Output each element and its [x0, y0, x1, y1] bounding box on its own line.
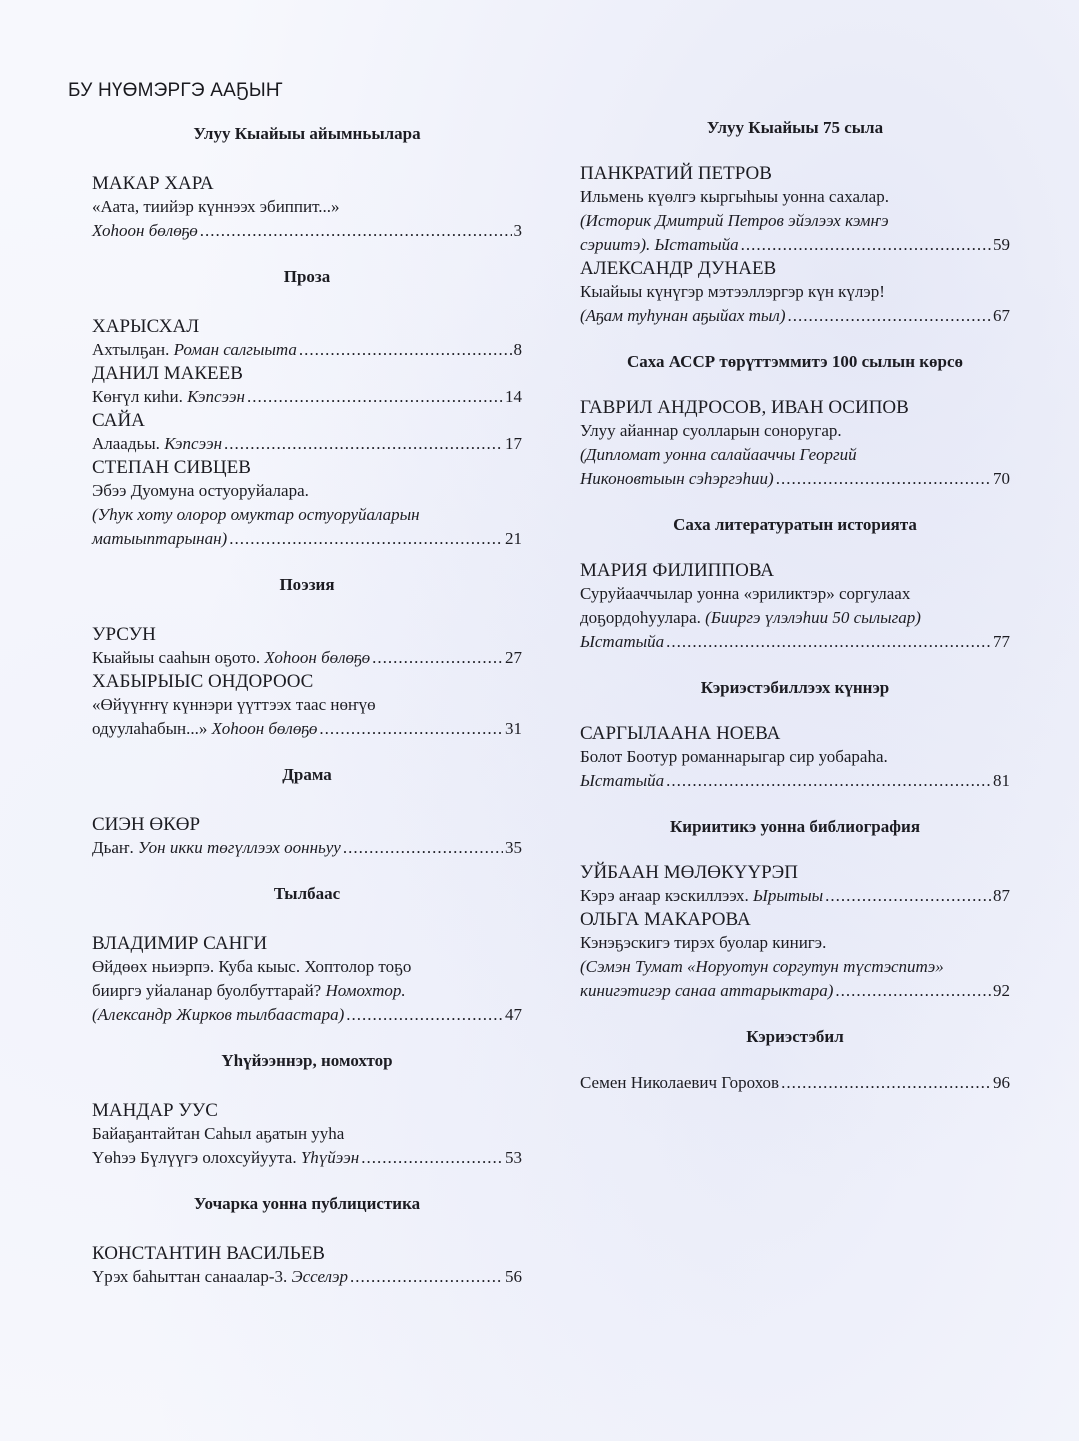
entry-line: Ильмень күөлгэ кыргыһыы уонна сахалар.	[580, 185, 1010, 209]
author-name: СИЭН ӨКӨР	[92, 813, 522, 836]
toc-entry[interactable]: ВЛАДИМИР САНГИӨйдөөх ньиэрпэ. Куба кыыс.…	[92, 932, 522, 1027]
entry-genre: Роман салгыыта	[174, 340, 297, 359]
entry-title: одуулаһабын...» Хоһоон бөлөҕө	[92, 717, 317, 741]
toc-section: Саха литературатын историятаМАРИЯ ФИЛИПП…	[580, 515, 1010, 654]
entry-title: Ахтылҕан. Роман салгыыта	[92, 338, 297, 362]
entry-line: Эбээ Дуомуна остуоруйалара.	[92, 479, 522, 503]
toc-section: ПоэзияУРСУНКыайыы сааһын оҕото. Хоһоон б…	[92, 575, 522, 741]
entry-title-line: Кэрэ аҥаар кэскиллээх. Ырытыы87	[580, 884, 1010, 908]
author-name: УЙБААН МӨЛӨКҮҮРЭП	[580, 861, 1010, 884]
toc-section: Кэриэстэбиллээх күннэрСАРГЫЛААНА НОЕВАБо…	[580, 678, 1010, 793]
entry-title: Ыстатыйа	[580, 769, 664, 793]
entry-text: одуулаһабын...»	[92, 719, 212, 738]
entry-title-line: Ыстатыйа77	[580, 630, 1010, 654]
toc-section: Үһүйээннэр, номохторМАНДАР УУСБайаҕантай…	[92, 1051, 522, 1170]
entry-line: (Дипломат уонна салайааччы Георгий	[580, 443, 1010, 467]
toc-entry[interactable]: ХАБЫРЫЫС ОНДОРООС«Өйүүҥҥү күннэри үүттээ…	[92, 670, 522, 741]
entry-text: Байаҕантайтан Саһыл аҕатын ууһа	[92, 1124, 344, 1143]
page-number: 96	[993, 1071, 1010, 1095]
entry-text: Үөһээ Бүлүүгэ олохсуйуута.	[92, 1148, 301, 1167]
entry-genre: Эсселэр	[291, 1267, 348, 1286]
entry-title: Көҥүл киһи. Кэпсээн	[92, 385, 245, 409]
entry-genre: Үһүйээн	[301, 1148, 359, 1167]
dot-leader	[343, 836, 503, 860]
page-number: 70	[993, 467, 1010, 491]
entry-title: Үрэх баһыттан санаалар-3. Эсселэр	[92, 1265, 348, 1289]
author-name: КОНСТАНТИН ВАСИЛЬЕВ	[92, 1242, 522, 1265]
entry-title-line: Үөһээ Бүлүүгэ олохсуйуута. Үһүйээн53	[92, 1146, 522, 1170]
entry-line: Кэнэҕэскигэ тирэх буолар кинигэ.	[580, 931, 1010, 955]
toc-entry[interactable]: СИЭН ӨКӨРДьаҥ. Уон икки төгүллээх оонньу…	[92, 813, 522, 860]
entry-title-line: матыыптарынан)21	[92, 527, 522, 551]
entry-text: «Аата, тиийэр күннээх эбиппит...»	[92, 197, 339, 216]
entry-title: (Аҕам туһунан аҕыйах тыл)	[580, 304, 786, 328]
entry-line: «Өйүүҥҥү күннэри үүттээх таас нөҥүө	[92, 693, 522, 717]
dot-leader	[825, 884, 991, 908]
entry-genre: (Бииргэ үлэлэһии 50 сылыгар)	[705, 608, 921, 627]
page-number: 81	[993, 769, 1010, 793]
toc-section: Улуу Кыайыы 75 сылаПАНКРАТИЙ ПЕТРОВИльме…	[580, 118, 1010, 328]
dot-leader	[299, 338, 512, 362]
entry-genre: (Сэмэн Тумат «Норуотун соргутун түстэспи…	[580, 957, 944, 976]
entry-genre: Ыстатыйа	[580, 771, 664, 790]
toc-entry[interactable]: МАРИЯ ФИЛИППОВАСуруйааччылар уонна «эрил…	[580, 559, 1010, 654]
section-heading: Тылбаас	[92, 884, 522, 904]
dot-leader	[200, 219, 512, 243]
section-heading: Саха АССР төрүттэммитэ 100 сылын көрсө	[580, 352, 1010, 372]
entry-title-line: (Аҕам туһунан аҕыйах тыл)67	[580, 304, 1010, 328]
entry-text: Семен Николаевич Горохов	[580, 1073, 779, 1092]
entry-genre: (Уһук хоту олорор омуктар остуоруйаларын	[92, 505, 420, 524]
entry-genre: (Дипломат уонна салайааччы Георгий	[580, 445, 857, 464]
toc-left-column: Улуу Кыайыы айымньылараМАКАР ХАРА«Аата, …	[92, 124, 522, 1313]
toc-section: ДрамаСИЭН ӨКӨРДьаҥ. Уон икки төгүллээх о…	[92, 765, 522, 860]
dot-leader	[781, 1071, 991, 1095]
entry-text: Алаадьы.	[92, 434, 164, 453]
dot-leader	[741, 233, 991, 257]
entry-text: Көҥүл киһи.	[92, 387, 187, 406]
entry-genre: Хоһоон бөлөҕө	[264, 648, 370, 667]
entry-text: Үрэх баһыттан санаалар-3.	[92, 1267, 291, 1286]
page-number: 92	[993, 979, 1010, 1003]
toc-section: ПрозаХАРЫСХАЛАхтылҕан. Роман салгыыта8ДА…	[92, 267, 522, 551]
dot-leader	[247, 385, 503, 409]
entry-line: Кыайыы күнүгэр мэтээллэргэр күн күлэр!	[580, 280, 1010, 304]
entry-title: Үөһээ Бүлүүгэ олохсуйуута. Үһүйээн	[92, 1146, 359, 1170]
entry-genre: (Аҕам туһунан аҕыйах тыл)	[580, 306, 786, 325]
toc-entry[interactable]: УРСУНКыайыы сааһын оҕото. Хоһоон бөлөҕө2…	[92, 623, 522, 670]
entry-title-line: кинигэтигэр санаа аттарыктара)92	[580, 979, 1010, 1003]
entry-text: Өйдөөх ньиэрпэ. Куба кыыс. Хоптолор тоҕо	[92, 957, 411, 976]
toc-entry[interactable]: САЙААлаадьы. Кэпсээн17	[92, 409, 522, 456]
entry-title: Кэрэ аҥаар кэскиллээх. Ырытыы	[580, 884, 823, 908]
toc-entry[interactable]: Семен Николаевич Горохов 96	[580, 1071, 1010, 1095]
page-number: 53	[505, 1146, 522, 1170]
entry-genre: Ыстатыйа	[580, 632, 664, 651]
entry-title-line: Хоһоон бөлөҕө3	[92, 219, 522, 243]
section-heading: Кэриэстэбил	[580, 1027, 1010, 1047]
entry-title-line: одуулаһабын...» Хоһоон бөлөҕө31	[92, 717, 522, 741]
author-name: ОЛЬГА МАКАРОВА	[580, 908, 1010, 931]
entry-title: Хоһоон бөлөҕө	[92, 219, 198, 243]
toc-entry[interactable]: УЙБААН МӨЛӨКҮҮРЭПКэрэ аҥаар кэскиллээх. …	[580, 861, 1010, 908]
entry-title-line: Дьаҥ. Уон икки төгүллээх оонньуу35	[92, 836, 522, 860]
entry-text: Суруйааччылар уонна «эриликтэр» соргулаа…	[580, 584, 910, 603]
entry-title-line: Никоновтыын сэһэргэһии)70	[580, 467, 1010, 491]
page-number: 59	[993, 233, 1010, 257]
entry-line: бииргэ уйаланар буолбуттарай? Номохтор.	[92, 979, 522, 1003]
page-number: 3	[514, 219, 523, 243]
dot-leader	[346, 1003, 503, 1027]
page-number: 67	[993, 304, 1010, 328]
toc-entry[interactable]: АЛЕКСАНДР ДУНАЕВКыайыы күнүгэр мэтээллэр…	[580, 257, 1010, 328]
entry-title: Дьаҥ. Уон икки төгүллээх оонньуу	[92, 836, 341, 860]
page-number: 17	[505, 432, 522, 456]
entry-title: Семен Николаевич Горохов	[580, 1071, 779, 1095]
author-name: ХАБЫРЫЫС ОНДОРООС	[92, 670, 522, 693]
entry-genre: Уон икки төгүллээх оонньуу	[138, 838, 341, 857]
entry-title: матыыптарынан)	[92, 527, 227, 551]
page-number: 47	[505, 1003, 522, 1027]
entry-genre: матыыптарынан)	[92, 529, 227, 548]
author-name: УРСУН	[92, 623, 522, 646]
toc-section: Уочарка уонна публицистикаКОНСТАНТИН ВАС…	[92, 1194, 522, 1289]
entry-genre: (Александр Жирков тылбаастара)	[92, 1005, 344, 1024]
author-name: МАКАР ХАРА	[92, 172, 522, 195]
entry-title: Алаадьы. Кэпсээн	[92, 432, 222, 456]
author-name: САРГЫЛААНА НОЕВА	[580, 722, 1010, 745]
page-number: 14	[505, 385, 522, 409]
toc-entry[interactable]: МАНДАР УУСБайаҕантайтан Саһыл аҕатын ууһ…	[92, 1099, 522, 1170]
entry-title-line: сэриитэ). Ыстатыйа59	[580, 233, 1010, 257]
toc-section: ТылбаасВЛАДИМИР САНГИӨйдөөх ньиэрпэ. Куб…	[92, 884, 522, 1027]
section-heading: Кириитикэ уонна библиография	[580, 817, 1010, 837]
entry-title-line: Алаадьы. Кэпсээн17	[92, 432, 522, 456]
section-heading: Поэзия	[92, 575, 522, 595]
entry-genre: Хоһоон бөлөҕө	[92, 221, 198, 240]
author-name: МАНДАР УУС	[92, 1099, 522, 1122]
entry-genre: кинигэтигэр санаа аттарыктара)	[580, 981, 833, 1000]
toc-right-column: Улуу Кыайыы 75 сылаПАНКРАТИЙ ПЕТРОВИльме…	[580, 118, 1010, 1119]
entry-title-line: Үрэх баһыттан санаалар-3. Эсселэр56	[92, 1265, 522, 1289]
section-heading: Саха литературатын историята	[580, 515, 1010, 535]
entry-text: Эбээ Дуомуна остуоруйалара.	[92, 481, 309, 500]
entry-text: Дьаҥ.	[92, 838, 138, 857]
dot-leader	[776, 467, 991, 491]
page-number: 56	[505, 1265, 522, 1289]
entry-title: Кыайыы сааһын оҕото. Хоһоон бөлөҕө	[92, 646, 370, 670]
author-name: САЙА	[92, 409, 522, 432]
author-name: СТЕПАН СИВЦЕВ	[92, 456, 522, 479]
entry-line: Байаҕантайтан Саһыл аҕатын ууһа	[92, 1122, 522, 1146]
entry-text: Ильмень күөлгэ кыргыһыы уонна сахалар.	[580, 187, 889, 206]
author-name: ДАНИЛ МАКЕЕВ	[92, 362, 522, 385]
entry-line: (Сэмэн Тумат «Норуотун соргутун түстэспи…	[580, 955, 1010, 979]
dot-leader	[229, 527, 503, 551]
entry-title: Никоновтыын сэһэргэһии)	[580, 467, 774, 491]
entry-text: Ахтылҕан.	[92, 340, 174, 359]
entry-line: Улуу айаннар суолларын соноругар.	[580, 419, 1010, 443]
toc-entry[interactable]: ДАНИЛ МАКЕЕВКөҥүл киһи. Кэпсээн14	[92, 362, 522, 409]
entry-line: Өйдөөх ньиэрпэ. Куба кыыс. Хоптолор тоҕо	[92, 955, 522, 979]
section-heading: Улуу Кыайыы айымньылара	[92, 124, 522, 144]
dot-leader	[319, 717, 503, 741]
author-name: ВЛАДИМИР САНГИ	[92, 932, 522, 955]
entry-text: доҕордоһуулара.	[580, 608, 705, 627]
entry-text: «Өйүүҥҥү күннэри үүттээх таас нөҥүө	[92, 695, 376, 714]
toc-entry[interactable]: МАКАР ХАРА«Аата, тиийэр күннээх эбиппит.…	[92, 172, 522, 243]
dot-leader	[361, 1146, 503, 1170]
entry-title-line: Көҥүл киһи. Кэпсээн14	[92, 385, 522, 409]
entry-title: сэриитэ). Ыстатыйа	[580, 233, 739, 257]
author-name: ПАНКРАТИЙ ПЕТРОВ	[580, 162, 1010, 185]
author-name: МАРИЯ ФИЛИППОВА	[580, 559, 1010, 582]
toc-entry[interactable]: САРГЫЛААНА НОЕВАБолот Боотур романнарыга…	[580, 722, 1010, 793]
toc-entry[interactable]: ГАВРИЛ АНДРОСОВ, ИВАН ОСИПОВУлуу айаннар…	[580, 396, 1010, 491]
page-number: 87	[993, 884, 1010, 908]
toc-entry[interactable]: ОЛЬГА МАКАРОВАКэнэҕэскигэ тирэх буолар к…	[580, 908, 1010, 1003]
entry-text: Улуу айаннар суолларын соноругар.	[580, 421, 842, 440]
entry-title-line: (Александр Жирков тылбаастара)47	[92, 1003, 522, 1027]
author-name: ГАВРИЛ АНДРОСОВ, ИВАН ОСИПОВ	[580, 396, 1010, 419]
page-number: 8	[514, 338, 523, 362]
entry-genre: (Историк Дмитрий Петров эйэлээх кэмҥэ	[580, 211, 889, 230]
entry-line: (Историк Дмитрий Петров эйэлээх кэмҥэ	[580, 209, 1010, 233]
dot-leader	[372, 646, 503, 670]
page-number: 31	[505, 717, 522, 741]
entry-genre: Кэпсээн	[187, 387, 245, 406]
entry-genre: Кэпсээн	[164, 434, 222, 453]
entry-line: «Аата, тиийэр күннээх эбиппит...»	[92, 195, 522, 219]
entry-genre: Номохтор.	[325, 981, 405, 1000]
dot-leader	[666, 769, 991, 793]
dot-leader	[666, 630, 991, 654]
entry-text: бииргэ уйаланар буолбуттарай?	[92, 981, 325, 1000]
page-title: БУ НҮӨМЭРГЭ ААҔЫҤ	[68, 80, 283, 102]
toc-entry[interactable]: КОНСТАНТИН ВАСИЛЬЕВҮрэх баһыттан санаала…	[92, 1242, 522, 1289]
entry-title-line: Кыайыы сааһын оҕото. Хоһоон бөлөҕө27	[92, 646, 522, 670]
section-heading: Драма	[92, 765, 522, 785]
entry-line: Болот Боотур романнарыгар сир уобараһа.	[580, 745, 1010, 769]
toc-section: Саха АССР төрүттэммитэ 100 сылын көрсөГА…	[580, 352, 1010, 491]
toc-section: КэриэстэбилСемен Николаевич Горохов 96	[580, 1027, 1010, 1095]
entry-text: Кэрэ аҥаар кэскиллээх.	[580, 886, 753, 905]
toc-section: Кириитикэ уонна библиографияУЙБААН МӨЛӨК…	[580, 817, 1010, 1003]
toc-entry[interactable]: СТЕПАН СИВЦЕВЭбээ Дуомуна остуоруйалара.…	[92, 456, 522, 551]
section-heading: Улуу Кыайыы 75 сыла	[580, 118, 1010, 138]
section-heading: Проза	[92, 267, 522, 287]
dot-leader	[835, 979, 991, 1003]
entry-text: Болот Боотур романнарыгар сир уобараһа.	[580, 747, 888, 766]
entry-text: Кыайыы күнүгэр мэтээллэргэр күн күлэр!	[580, 282, 885, 301]
entry-title: кинигэтигэр санаа аттарыктара)	[580, 979, 833, 1003]
entry-title-line: Ахтылҕан. Роман салгыыта8	[92, 338, 522, 362]
entry-line: (Уһук хоту олорор омуктар остуоруйаларын	[92, 503, 522, 527]
entry-line: Суруйааччылар уонна «эриликтэр» соргулаа…	[580, 582, 1010, 606]
page-number: 77	[993, 630, 1010, 654]
dot-leader	[788, 304, 992, 328]
author-name: АЛЕКСАНДР ДУНАЕВ	[580, 257, 1010, 280]
dot-leader	[224, 432, 503, 456]
entry-text: Кыайыы сааһын оҕото.	[92, 648, 264, 667]
toc-entry[interactable]: ХАРЫСХАЛАхтылҕан. Роман салгыыта8	[92, 315, 522, 362]
entry-title: (Александр Жирков тылбаастара)	[92, 1003, 344, 1027]
toc-entry[interactable]: ПАНКРАТИЙ ПЕТРОВИльмень күөлгэ кыргыһыы …	[580, 162, 1010, 257]
page-number: 35	[505, 836, 522, 860]
page-number: 21	[505, 527, 522, 551]
page-number: 27	[505, 646, 522, 670]
section-heading: Үһүйээннэр, номохтор	[92, 1051, 522, 1071]
dot-leader	[350, 1265, 503, 1289]
entry-genre: Никоновтыын сэһэргэһии)	[580, 469, 774, 488]
entry-genre: Ырытыы	[753, 886, 823, 905]
entry-title-line: Ыстатыйа81	[580, 769, 1010, 793]
section-heading: Уочарка уонна публицистика	[92, 1194, 522, 1214]
entry-title-line: Семен Николаевич Горохов 96	[580, 1071, 1010, 1095]
entry-title: Ыстатыйа	[580, 630, 664, 654]
author-name: ХАРЫСХАЛ	[92, 315, 522, 338]
entry-line: доҕордоһуулара. (Бииргэ үлэлэһии 50 сылы…	[580, 606, 1010, 630]
entry-genre: Хоһоон бөлөҕө	[212, 719, 318, 738]
entry-genre: сэриитэ). Ыстатыйа	[580, 235, 739, 254]
section-heading: Кэриэстэбиллээх күннэр	[580, 678, 1010, 698]
toc-section: Улуу Кыайыы айымньылараМАКАР ХАРА«Аата, …	[92, 124, 522, 243]
entry-text: Кэнэҕэскигэ тирэх буолар кинигэ.	[580, 933, 826, 952]
